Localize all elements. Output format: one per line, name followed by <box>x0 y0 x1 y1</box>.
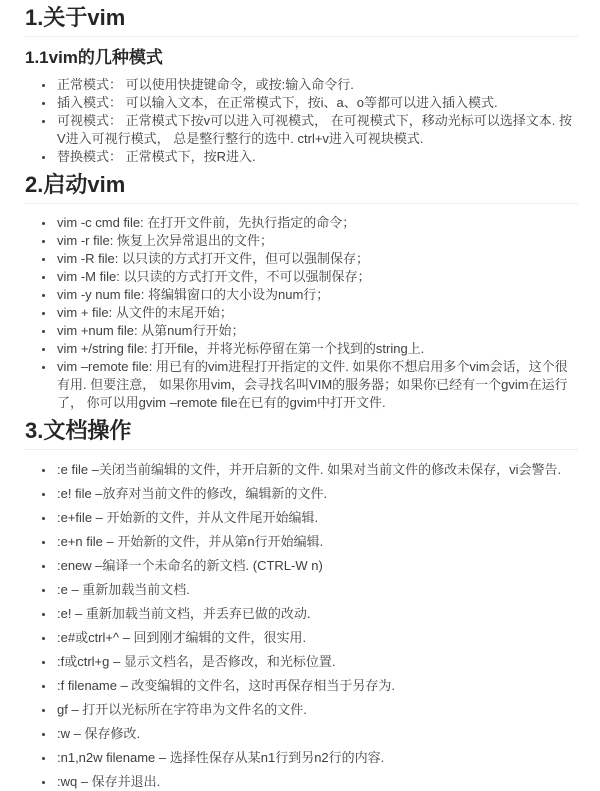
section-document-operations: 3.文档操作 :e file –关闭当前编辑的文件，并开启新的文件. 如果对当前… <box>25 418 578 791</box>
list-item: vim –remote file: 用已有的vim进程打开指定的文件. 如果你不… <box>55 358 578 412</box>
section-heading-about-vim: 1.关于vim <box>25 5 578 37</box>
list-item: vim -c cmd file: 在打开文件前，先执行指定的命令； <box>55 214 578 232</box>
list-item: vim -M file: 以只读的方式打开文件，不可以强制保存； <box>55 268 578 286</box>
list-item: :wq – 保存并退出. <box>55 772 578 791</box>
start-vim-list: vim -c cmd file: 在打开文件前，先执行指定的命令；vim -r … <box>25 214 578 412</box>
document-operations-list: :e file –关闭当前编辑的文件，并开启新的文件. 如果对当前文件的修改未保… <box>25 460 578 791</box>
list-item: vim -r file: 恢复上次异常退出的文件； <box>55 232 578 250</box>
section-heading-start-vim: 2.启动vim <box>25 172 578 204</box>
list-item: 可视模式： 正常模式下按v可以进入可视模式， 在可视模式下，移动光标可以选择文本… <box>55 112 578 148</box>
list-item: :e#或ctrl+^ – 回到刚才编辑的文件，很实用. <box>55 628 578 647</box>
list-item: vim + file: 从文件的末尾开始； <box>55 304 578 322</box>
section-heading-document-operations: 3.文档操作 <box>25 418 578 450</box>
list-item: vim +num file: 从第num行开始； <box>55 322 578 340</box>
vim-modes-list: 正常模式： 可以使用快捷键命令，或按:输入命令行.插入模式： 可以输入文本，在正… <box>25 76 578 166</box>
list-item: :e – 重新加载当前文档. <box>55 580 578 599</box>
section-about-vim: 1.关于vim 1.1vim的几种模式 正常模式： 可以使用快捷键命令，或按:输… <box>25 5 578 166</box>
list-item: :f filename – 改变编辑的文件名，这时再保存相当于另存为. <box>55 676 578 695</box>
list-item: gf – 打开以光标所在字符串为文件名的文件. <box>55 700 578 719</box>
list-item: 插入模式： 可以输入文本，在正常模式下，按i、a、o等都可以进入插入模式. <box>55 94 578 112</box>
list-item: :w – 保存修改. <box>55 724 578 743</box>
list-item: 正常模式： 可以使用快捷键命令，或按:输入命令行. <box>55 76 578 94</box>
list-item: :n1,n2w filename – 选择性保存从某n1行到另n2行的内容. <box>55 748 578 767</box>
list-item: :e! – 重新加载当前文档，并丢弃已做的改动. <box>55 604 578 623</box>
list-item: :e file –关闭当前编辑的文件，并开启新的文件. 如果对当前文件的修改未保… <box>55 460 578 479</box>
list-item: vim +/string file: 打开file，并将光标停留在第一个找到的s… <box>55 340 578 358</box>
list-item: :e+n file – 开始新的文件，并从第n行开始编辑. <box>55 532 578 551</box>
list-item: 替换模式： 正常模式下，按R进入. <box>55 148 578 166</box>
list-item: :f或ctrl+g – 显示文档名，是否修改，和光标位置. <box>55 652 578 671</box>
list-item: :e+file – 开始新的文件，并从文件尾开始编辑. <box>55 508 578 527</box>
section-start-vim: 2.启动vim vim -c cmd file: 在打开文件前，先执行指定的命令… <box>25 172 578 412</box>
list-item: vim -R file: 以只读的方式打开文件，但可以强制保存； <box>55 250 578 268</box>
list-item: vim -y num file: 将编辑窗口的大小设为num行； <box>55 286 578 304</box>
document: 1.关于vim 1.1vim的几种模式 正常模式： 可以使用快捷键命令，或按:输… <box>0 0 600 791</box>
subheading-vim-modes: 1.1vim的几种模式 <box>25 47 578 68</box>
list-item: :e! file –放弃对当前文件的修改，编辑新的文件. <box>55 484 578 503</box>
list-item: :enew –编译一个未命名的新文档. (CTRL-W n) <box>55 556 578 575</box>
